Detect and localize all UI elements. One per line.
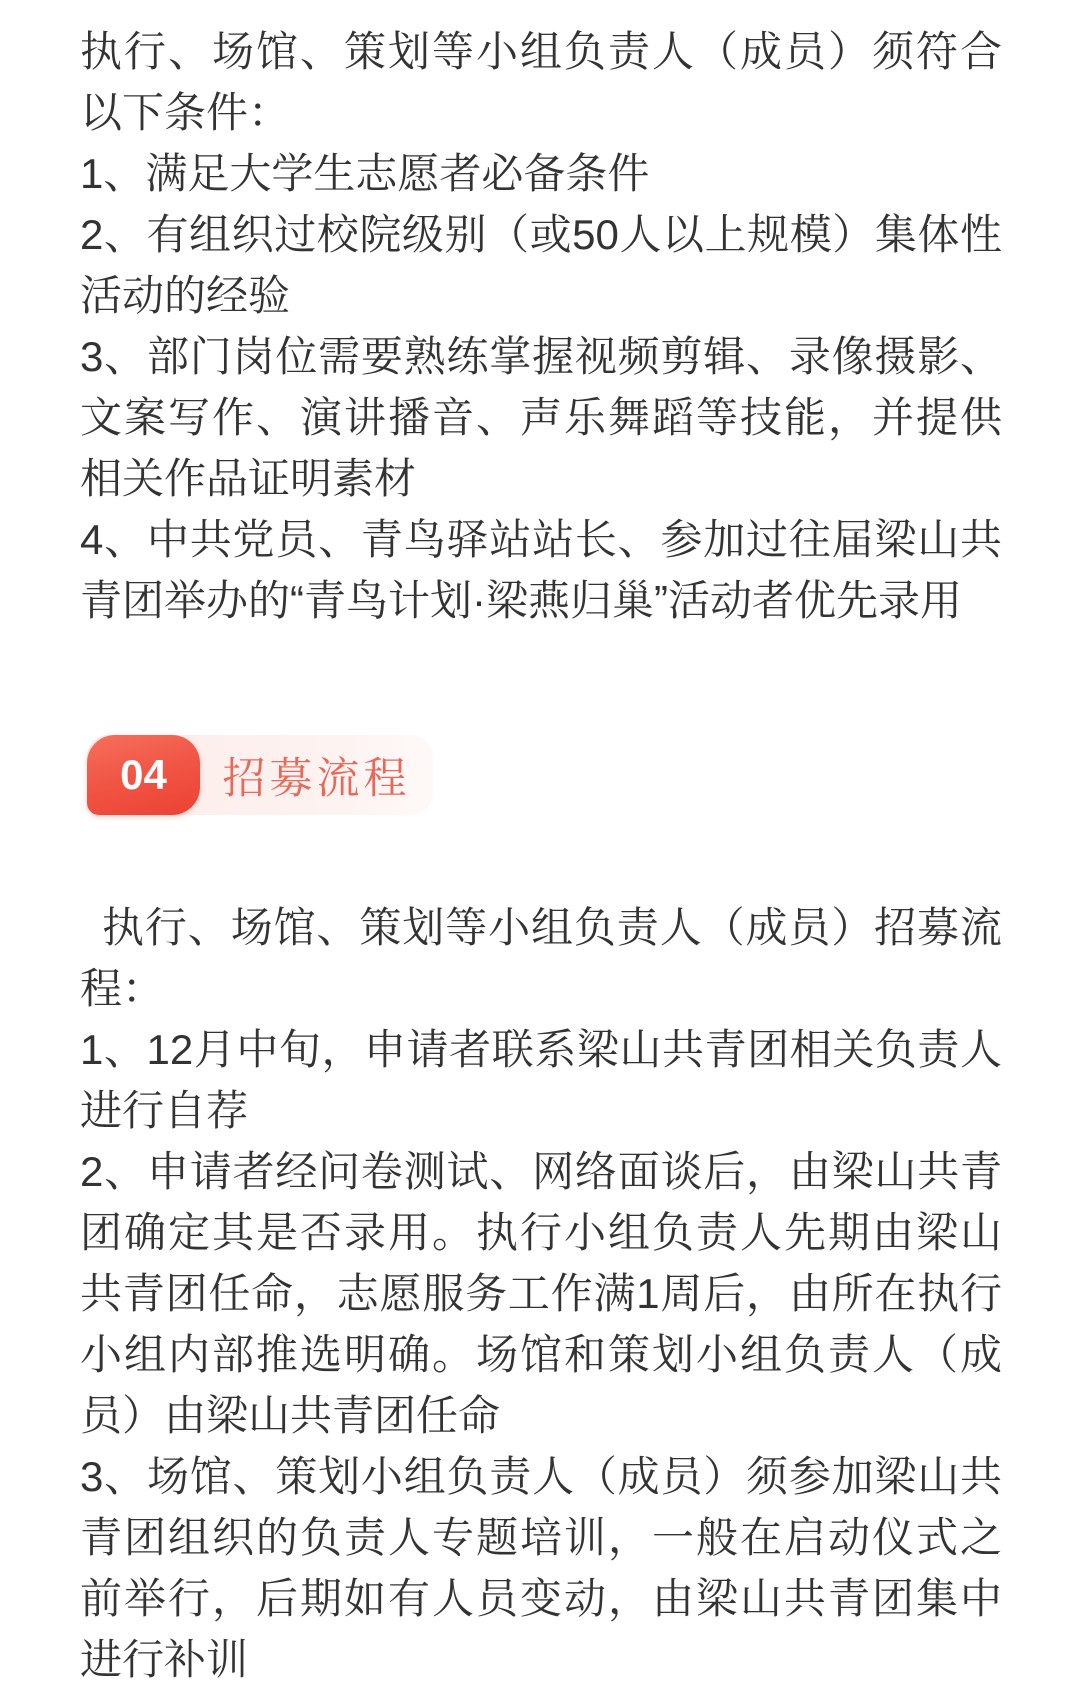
section-title: 招募流程: [200, 735, 433, 815]
requirement-item-1: 1、满足大学生志愿者必备条件: [80, 143, 1002, 204]
section-heading-recruitment-process: 04 招募流程: [87, 735, 433, 815]
process-step-3: 3、场馆、策划小组负责人（成员）须参加梁山共青团组织的负责人专题培训，一般在启动…: [80, 1446, 1002, 1690]
requirement-item-3: 3、部门岗位需要熟练掌握视频剪辑、录像摄影、文案写作、演讲播音、声乐舞蹈等技能，…: [80, 326, 1002, 509]
article-body: 执行、场馆、策划等小组负责人（成员）须符合以下条件： 1、满足大学生志愿者必备条…: [0, 0, 1080, 1696]
requirement-item-4: 4、中共党员、青鸟驿站站长、参加过往届梁山共青团举办的“青鸟计划·梁燕归巢”活动…: [80, 509, 1002, 631]
process-step-2: 2、申请者经问卷测试、网络面谈后，由梁山共青团确定其是否录用。执行小组负责人先期…: [80, 1141, 1002, 1446]
requirement-item-2: 2、有组织过校院级别（或50人以上规模）集体性活动的经验: [80, 204, 1002, 326]
process-intro: 执行、场馆、策划等小组负责人（成员）招募流程：: [80, 897, 1002, 1019]
section-number-badge: 04: [87, 735, 200, 815]
requirements-intro: 执行、场馆、策划等小组负责人（成员）须符合以下条件：: [80, 21, 1002, 143]
process-step-1: 1、12月中旬，申请者联系梁山共青团相关负责人进行自荐: [80, 1019, 1002, 1141]
